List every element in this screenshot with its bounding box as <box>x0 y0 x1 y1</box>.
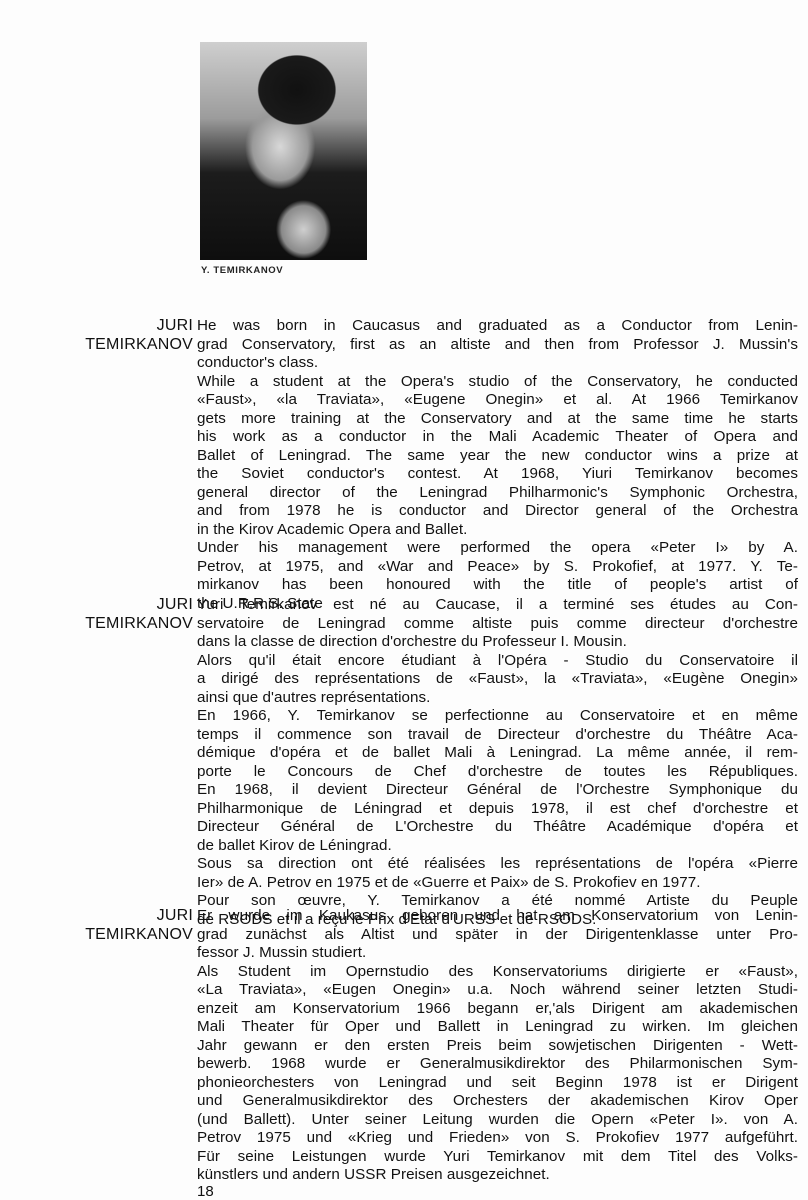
text-line: Petrov 1975 und «Krieg und Frieden» von … <box>197 1129 798 1148</box>
text-line: Under his management were performed the … <box>197 539 798 558</box>
text-line: Yuri Temirkanov est né au Caucase, il a … <box>197 596 798 615</box>
text-line: porte le Concours de Chef d'orchestre de… <box>197 763 798 782</box>
text-line: and from 1978 he is conductor and Direct… <box>197 502 798 521</box>
heading-last-name: TEMIRKANOV <box>85 926 193 945</box>
text-line: Ier» de A. Petrov en 1975 et de «Guerre … <box>197 874 798 893</box>
heading-first-name: JURI <box>85 317 193 336</box>
text-line: Petrov, at 1975, and «War and Peace» by … <box>197 558 798 577</box>
text-line: While a student at the Opera's studio of… <box>197 373 798 392</box>
text-line: Ballet of Leningrad. The same year the n… <box>197 447 798 466</box>
heading-first-name: JURI <box>85 907 193 926</box>
text-line: (und Ballett). Unter seiner Leitung wurd… <box>197 1111 798 1130</box>
text-line: En 1968, il devient Directeur Général de… <box>197 781 798 800</box>
text-line: «La Traviata», «Eugen Onegin» u.a. Noch … <box>197 981 798 1000</box>
text-line: servatoire de Leningrad comme altiste pu… <box>197 615 798 634</box>
text-line: grad zunächst als Altist und später in d… <box>197 926 798 945</box>
text-line: fessor J. Mussin studiert. <box>197 944 798 963</box>
section-heading: JURI TEMIRKANOV <box>85 317 193 354</box>
text-line: Sous sa direction ont été réalisées les … <box>197 855 798 874</box>
text-line: He was born in Caucasus and graduated as… <box>197 317 798 336</box>
heading-last-name: TEMIRKANOV <box>85 615 193 634</box>
text-line: Mali Theater für Oper und Ballett in Len… <box>197 1018 798 1037</box>
text-line: Jahr gewann er den ersten Preis beim sow… <box>197 1037 798 1056</box>
text-line: bewerb. 1968 wurde er Generalmusikdirekt… <box>197 1055 798 1074</box>
biography-text: Er wurde im Kaukasus geboren und hat am … <box>197 907 798 1185</box>
text-line: grad Conservatory, first as an altiste a… <box>197 336 798 355</box>
text-line: Für seine Leistungen wurde Yuri Temirkan… <box>197 1148 798 1167</box>
text-line: gets more training at the Conservatory a… <box>197 410 798 429</box>
portrait-photo <box>200 42 367 260</box>
heading-last-name: TEMIRKANOV <box>85 336 193 355</box>
heading-first-name: JURI <box>85 596 193 615</box>
text-line: künstlers und andern USSR Preisen ausgez… <box>197 1166 798 1185</box>
text-line: und Generalmusikdirektor des Orchesters … <box>197 1092 798 1111</box>
text-line: in the Kirov Academic Opera and Ballet. <box>197 521 798 540</box>
text-line: En 1966, Y. Temirkanov se perfectionne a… <box>197 707 798 726</box>
text-line: dans la classe de direction d'orchestre … <box>197 633 798 652</box>
text-line: démique d'opéra et de ballet Mali à Leni… <box>197 744 798 763</box>
text-line: conductor's class. <box>197 354 798 373</box>
photo-caption: Y. TEMIRKANOV <box>201 265 283 276</box>
text-line: Alors qu'il était encore étudiant à l'Op… <box>197 652 798 671</box>
text-line: phonieorchesters von Leningrad und seit … <box>197 1074 798 1093</box>
text-line: ainsi que d'autres représentations. <box>197 689 798 708</box>
text-line: general director of the Leningrad Philha… <box>197 484 798 503</box>
section-heading: JURI TEMIRKANOV <box>85 596 193 633</box>
text-line: Er wurde im Kaukasus geboren und hat am … <box>197 907 798 926</box>
text-line: Als Student im Opernstudio des Konservat… <box>197 963 798 982</box>
biography-text: He was born in Caucasus and graduated as… <box>197 317 798 613</box>
text-line: temps il commence son travail de Directe… <box>197 726 798 745</box>
text-line: mirkanov has been honoured with the titl… <box>197 576 798 595</box>
page-number: 18 <box>197 1183 214 1200</box>
text-line: enzeit am Konservatorium 1966 begann er,… <box>197 1000 798 1019</box>
text-line: Directeur Général de L'Orchestre du Théâ… <box>197 818 798 837</box>
text-line: «Faust», «la Traviata», «Eugene Onegin» … <box>197 391 798 410</box>
text-line: his work as a conductor in the Mali Acad… <box>197 428 798 447</box>
text-line: a dirigé des représentations de «Faust»,… <box>197 670 798 689</box>
biography-text: Yuri Temirkanov est né au Caucase, il a … <box>197 596 798 929</box>
section-heading: JURI TEMIRKANOV <box>85 907 193 944</box>
text-line: de ballet Kirov de Léningrad. <box>197 837 798 856</box>
text-line: the Soviet conductor's contest. At 1968,… <box>197 465 798 484</box>
text-line: Philharmonique de Léningrad et depuis 19… <box>197 800 798 819</box>
